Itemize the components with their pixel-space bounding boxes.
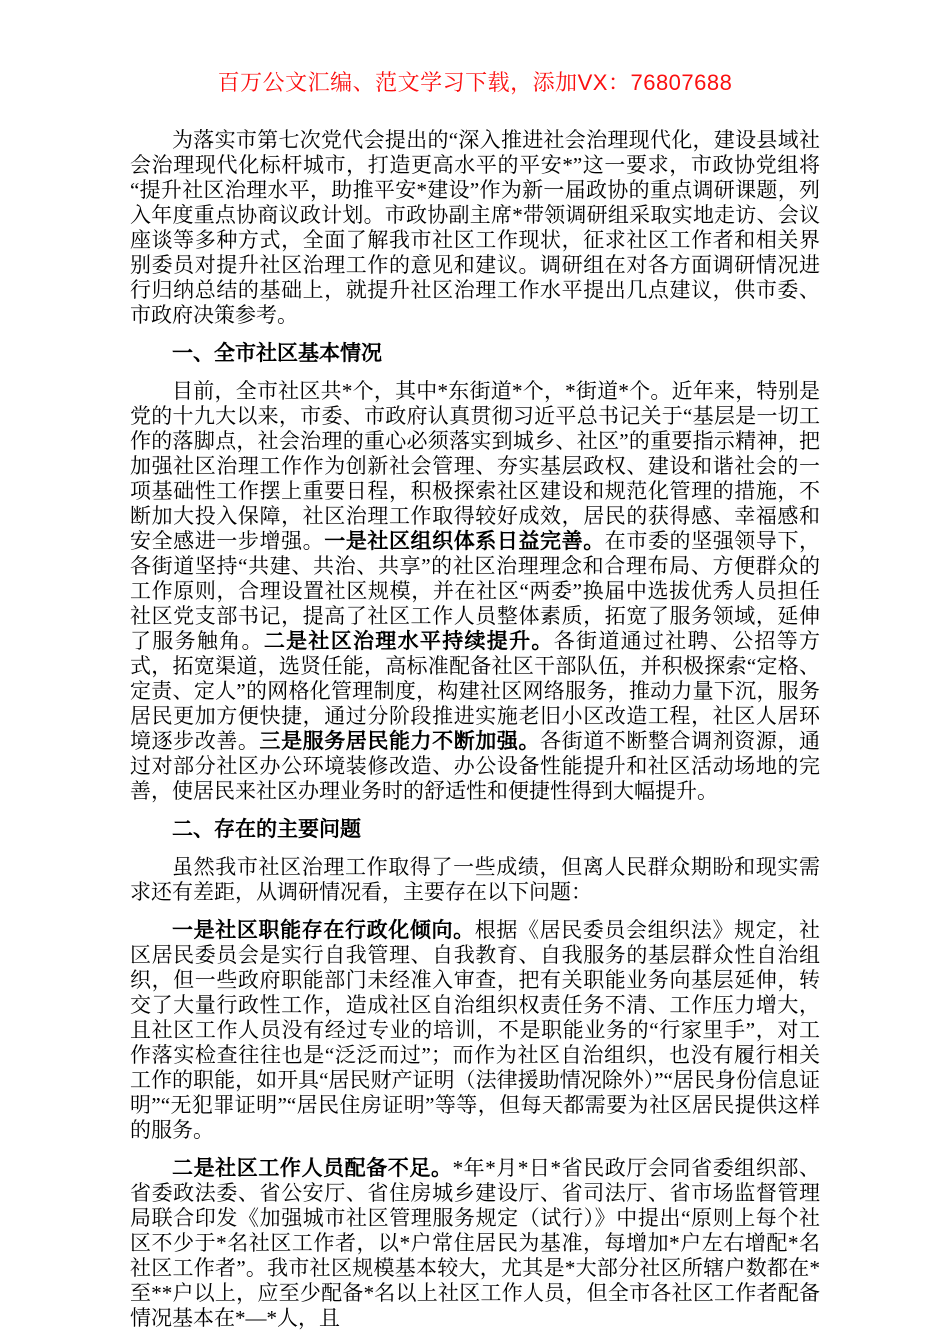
text-run-emphasis: 二是社区治理水平持续提升。 (264, 629, 554, 653)
heading-section-2: 二、存在的主要问题 (130, 817, 820, 842)
text-run: *年*月*日*省民政厅会同省委组织部、省委政法委、省公安厅、省住房城乡建设厅、省… (130, 1156, 820, 1330)
heading-section-1: 一、全市社区基本情况 (130, 341, 820, 366)
paragraph-problem-2: 二是社区工作人员配备不足。*年*月*日*省民政厅会同省委组织部、省委政法委、省公… (130, 1156, 820, 1331)
paragraph-intro: 为落实市第七次党代会提出的“深入推进社会治理现代化，建设县域社会治理现代化标杆城… (130, 128, 820, 328)
document-body: 为落实市第七次党代会提出的“深入推进社会治理现代化，建设县域社会治理现代化标杆城… (130, 128, 820, 1331)
text-run-emphasis: 一是社区组织体系日益完善。 (324, 529, 605, 553)
paragraph-section-1: 目前，全市社区共*个，其中*东街道*个，*街道*个。近年来，特别是党的十九大以来… (130, 379, 820, 804)
text-run-emphasis: 一是社区职能存在行政化倾向。 (172, 918, 475, 942)
paragraph-problem-1: 一是社区职能存在行政化倾向。根据《居民委员会组织法》规定，社区居民委员会是实行自… (130, 918, 820, 1143)
document-page: 百万公文汇编、范文学习下载，添加VX：76807688 为落实市第七次党代会提出… (0, 0, 950, 1344)
paragraph-problems-intro: 虽然我市社区治理工作取得了一些成绩，但离人民群众期盼和现实需求还有差距，从调研情… (130, 855, 820, 905)
text-run: 目前，全市社区共*个，其中*东街道*个，*街道*个。近年来，特别是党的十九大以来… (130, 379, 820, 553)
promo-banner: 百万公文汇编、范文学习下载，添加VX：76807688 (0, 0, 950, 96)
text-run-emphasis: 二是社区工作人员配备不足。 (172, 1156, 453, 1180)
text-run: 根据《居民委员会组织法》规定，社区居民委员会是实行自我管理、自我教育、自我服务的… (130, 918, 820, 1142)
text-run-emphasis: 三是服务居民能力不断加强。 (259, 729, 540, 753)
